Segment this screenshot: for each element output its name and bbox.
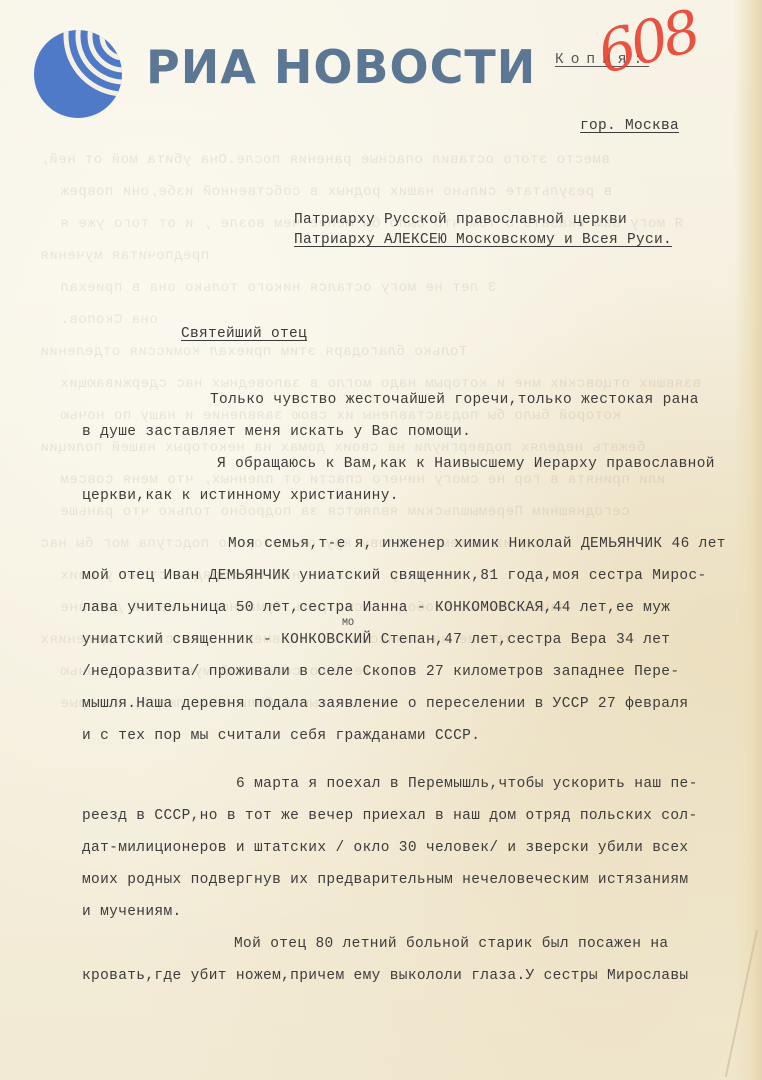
body-line: кровать,где убит ножем,причем ему выколо…	[82, 968, 688, 984]
body-line: моих родных подвергнув их предварительны…	[82, 872, 688, 888]
ghost-line: в результате сильно наших родных в собст…	[60, 184, 612, 200]
ghost-line: 3 лет не могу остался никого только она …	[60, 280, 496, 296]
archive-number-handwritten: 608	[591, 0, 703, 87]
body-line: мышля.Наша деревня подала заявление о пе…	[82, 696, 688, 712]
body-line: Я обращаюсь к Вам,как к Наивысшему Иерар…	[217, 456, 715, 472]
body-line: мой отец Иван ДЕМЬЯНЧИК униатский священ…	[82, 568, 707, 584]
interlinear-correction: МО	[342, 618, 354, 629]
body-line: Только чувство жесточайшей горечи,только…	[210, 392, 699, 408]
document-page: вместо этого оставил опасные ранения пос…	[0, 0, 762, 1080]
ghost-line: взявших отцовских мне и которым надо мог…	[60, 376, 701, 392]
ghost-line: предпочитая мучения	[40, 248, 209, 264]
body-line: Мой отец 80 летний больной старик был по…	[234, 936, 668, 952]
salutation: Святейший отец	[181, 326, 307, 342]
body-line: церкви,как к истинному христианину.	[82, 488, 399, 504]
body-line: лава учительница 50 лет,сестра Ианна - К…	[82, 600, 670, 616]
body-line: дат-милиционеров и штатских / окло 30 че…	[82, 840, 688, 856]
ghost-line: которой было бы подзаставлены их свою за…	[60, 408, 621, 424]
body-line: униатский священник - КОНКОВСКИЙ Степан,…	[82, 632, 670, 648]
body-line: и с тех пор мы считали себя гражданами С…	[82, 728, 480, 744]
ghost-line: она Скопов.	[60, 312, 158, 328]
paper-edge-shadow	[734, 0, 762, 1080]
ghost-line: вместо этого оставил опасные ранения пос…	[40, 152, 610, 168]
body-line: реезд в СССР,но в тот же вечер приехал в…	[82, 808, 698, 824]
ghost-line: Только благодаря этим приехал комиссия о…	[40, 344, 467, 360]
body-line: в душе заставляет меня искать у Вас помо…	[82, 424, 471, 440]
addressee-line-1: Патриарху Русской православной церкви	[294, 212, 627, 228]
ghost-line: сегодняшним Перемышльским являются за по…	[60, 504, 630, 520]
ghost-line: или принята в гор не смогу ничего спасти…	[60, 472, 665, 488]
city-line: гор. Москва	[580, 118, 679, 134]
globe-arcs-icon	[32, 28, 124, 120]
addressee-line-2: Патриарху АЛЕКСЕЮ Московскому и Всея Рус…	[294, 232, 672, 248]
body-line: и мучениям.	[82, 904, 182, 920]
ghost-line: бежать неделях подвергнули на своих дома…	[40, 440, 645, 456]
body-line: 6 марта я поехал в Перемышль,чтобы ускор…	[236, 776, 698, 792]
brand-name: РИА НОВОСТИ	[146, 44, 536, 90]
body-line: /недоразвита/ проживали в селе Скопов 27…	[82, 664, 679, 680]
body-line: Моя семья,т-е я, инженер химик Николай Д…	[228, 536, 726, 552]
